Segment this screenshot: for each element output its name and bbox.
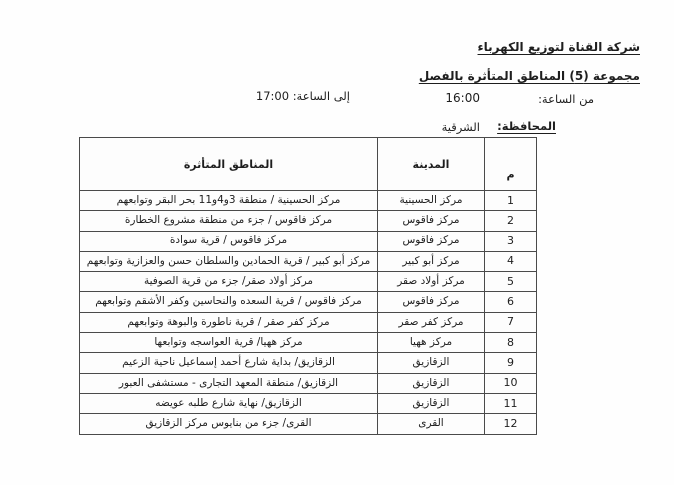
cell-city: القرى xyxy=(378,414,485,434)
cell-areas: مركز فاقوس / قرية سوادة xyxy=(80,231,378,251)
table-row: 6 مركز فاقوس مركز فاقوس / قرية السعده وا… xyxy=(80,292,537,312)
table-row: 7 مركز كفر صقر مركز كفر صقر / قرية ناطور… xyxy=(80,312,537,332)
cell-areas: مركز أبو كبير / قرية الحمادين والسلطان ح… xyxy=(80,251,378,271)
table-row: 8 مركز ههيا مركز ههيا/ قرية العواسجه وتو… xyxy=(80,333,537,353)
table-row: 2 مركز فاقوس مركز فاقوس / جزء من منطقة م… xyxy=(80,211,537,231)
to-time-label: إلى الساعة: xyxy=(293,89,350,103)
cell-areas: الزقازيق/ نهاية شارع طلبه عويضه xyxy=(80,393,378,413)
cell-city: الزقازيق xyxy=(378,373,485,393)
cell-areas: الزقازيق/ منطقة المعهد التجارى - مستشفى … xyxy=(80,373,378,393)
cell-areas: مركز ههيا/ قرية العواسجه وتوابعها xyxy=(80,333,378,353)
cell-index: 9 xyxy=(485,353,537,373)
column-header-areas: المناطق المتأثرة xyxy=(80,138,378,191)
cell-index: 5 xyxy=(485,272,537,292)
cell-index: 1 xyxy=(485,191,537,211)
group-title: مجموعة (5) المناطق المتأثرة بالفصل xyxy=(419,69,640,83)
cell-index: 6 xyxy=(485,292,537,312)
cell-city: مركز ههيا xyxy=(378,333,485,353)
table-row: 1 مركز الحسينية مركز الحسينية / منطقة 3و… xyxy=(80,191,537,211)
cell-city: مركز كفر صقر xyxy=(378,312,485,332)
cell-city: مركز فاقوس xyxy=(378,292,485,312)
cell-city: الزقازيق xyxy=(378,353,485,373)
table-row: 3 مركز فاقوس مركز فاقوس / قرية سوادة xyxy=(80,231,537,251)
cell-areas: مركز أولاد صقر/ جزء من قرية الصوفية xyxy=(80,272,378,292)
cell-index: 7 xyxy=(485,312,537,332)
cell-index: 4 xyxy=(485,251,537,271)
governorate-value: الشرقية xyxy=(442,120,480,134)
table-body: 1 مركز الحسينية مركز الحسينية / منطقة 3و… xyxy=(80,191,537,435)
cell-city: مركز أبو كبير xyxy=(378,251,485,271)
from-time-value: 16:00 xyxy=(445,91,480,105)
table-header-row: م المدينة المناطق المتأثرة xyxy=(80,138,537,191)
cell-areas: الزقازيق/ بداية شارع أحمد إسماعيل ناحية … xyxy=(80,353,378,373)
cell-city: الزقازيق xyxy=(378,393,485,413)
cell-index: 3 xyxy=(485,231,537,251)
table-row: 9 الزقازيق الزقازيق/ بداية شارع أحمد إسم… xyxy=(80,353,537,373)
cell-areas: مركز فاقوس / جزء من منطقة مشروع الخطارة xyxy=(80,211,378,231)
cell-index: 2 xyxy=(485,211,537,231)
cell-areas: مركز الحسينية / منطقة 3و4و11 بحر البقر و… xyxy=(80,191,378,211)
document-page: شركة القناة لتوزيع الكهرباء مجموعة (5) ا… xyxy=(0,0,674,485)
from-time-label: من الساعة: xyxy=(538,92,594,106)
affected-areas-table: م المدينة المناطق المتأثرة 1 مركز الحسين… xyxy=(79,137,537,435)
table-row: 4 مركز أبو كبير مركز أبو كبير / قرية الح… xyxy=(80,251,537,271)
cell-areas: القرى/ جزء من بنايوس مركز الزقازيق xyxy=(80,414,378,434)
table-row: 11 الزقازيق الزقازيق/ نهاية شارع طلبه عو… xyxy=(80,393,537,413)
column-header-index: م xyxy=(485,138,537,191)
to-time-value: 17:00 xyxy=(256,89,289,103)
cell-city: مركز فاقوس xyxy=(378,231,485,251)
cell-index: 10 xyxy=(485,373,537,393)
cell-city: مركز فاقوس xyxy=(378,211,485,231)
cell-city: مركز الحسينية xyxy=(378,191,485,211)
governorate-label: المحافظة: xyxy=(497,119,556,133)
table-row: 12 القرى القرى/ جزء من بنايوس مركز الزقا… xyxy=(80,414,537,434)
column-header-city: المدينة xyxy=(378,138,485,191)
cell-areas: مركز فاقوس / قرية السعده والنحاسين وكفر … xyxy=(80,292,378,312)
table-row: 5 مركز أولاد صقر مركز أولاد صقر/ جزء من … xyxy=(80,272,537,292)
cell-index: 11 xyxy=(485,393,537,413)
company-title: شركة القناة لتوزيع الكهرباء xyxy=(478,40,640,54)
table-row: 10 الزقازيق الزقازيق/ منطقة المعهد التجا… xyxy=(80,373,537,393)
to-time-line: إلى الساعة: 17:00 xyxy=(256,89,350,103)
cell-city: مركز أولاد صقر xyxy=(378,272,485,292)
cell-index: 12 xyxy=(485,414,537,434)
cell-index: 8 xyxy=(485,333,537,353)
cell-areas: مركز كفر صقر / قرية ناطورة والبوهة وتواب… xyxy=(80,312,378,332)
